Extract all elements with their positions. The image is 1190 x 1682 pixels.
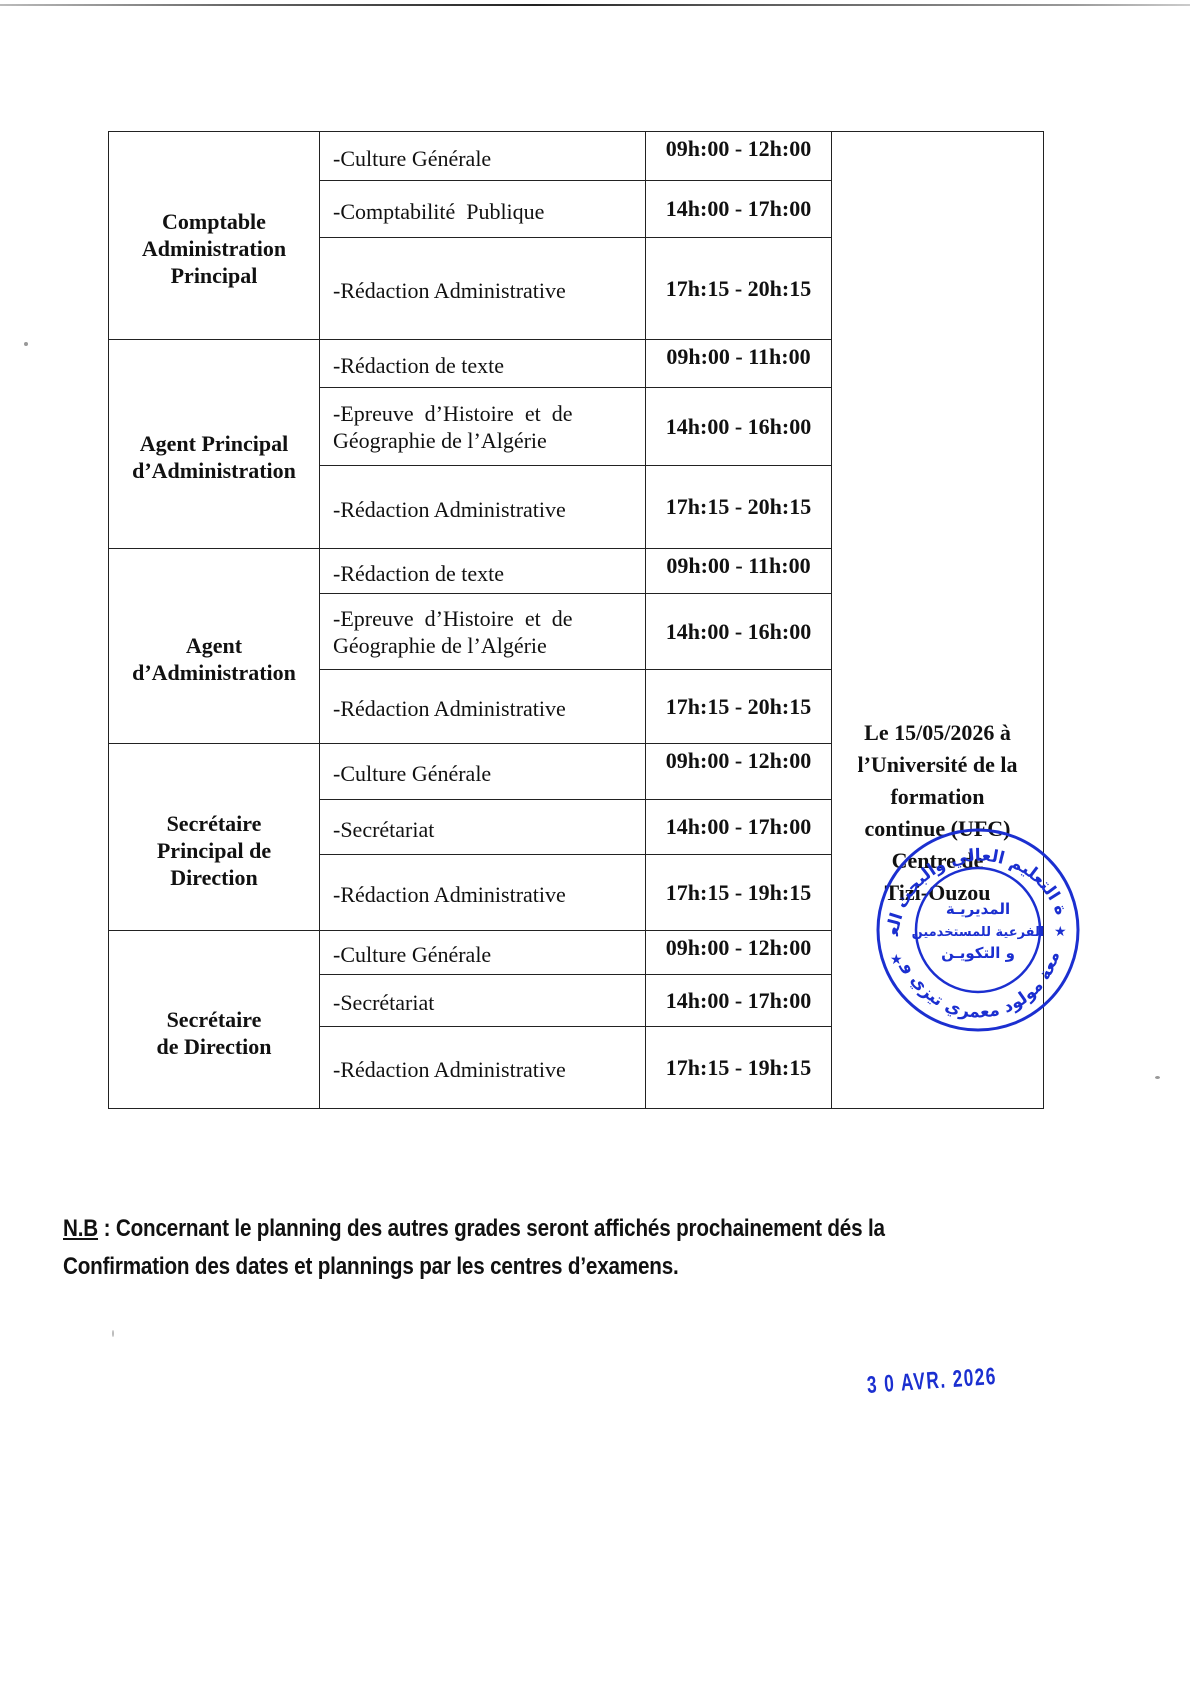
- subject-text: -Rédaction Administrative: [333, 691, 645, 722]
- note-text: : Concernant le planning des autres grad…: [63, 1215, 885, 1280]
- subject-text: -Epreuve d’Histoire et deGéographie de l…: [333, 605, 645, 659]
- subject-text: -Comptabilité Publique: [333, 194, 645, 225]
- subject-text: -Rédaction de texte: [333, 556, 645, 587]
- subject-cell: -Rédaction Administrative: [320, 466, 646, 549]
- time-cell: 14h:00 - 17h:00: [646, 181, 832, 238]
- date-stamp: 3 0 AVR. 2026: [866, 1363, 998, 1400]
- time-cell: 09h:00 - 11h:00: [646, 340, 832, 388]
- svg-text:الفرعية للمستخدمين: الفرعية للمستخدمين: [912, 925, 1045, 940]
- svg-text:★: ★: [890, 953, 903, 968]
- subject-cell: -Rédaction de texte: [320, 549, 646, 594]
- scan-edge-line: [0, 4, 1190, 6]
- grade-cell: Secrétairede Direction: [109, 931, 320, 1109]
- grade-name: SecrétairePrincipal deDirection: [109, 784, 319, 891]
- subject-text: -Culture Générale: [333, 937, 645, 968]
- subject-text: -Rédaction Administrative: [333, 273, 645, 304]
- subject-text: -Rédaction Administrative: [333, 492, 645, 523]
- subject-cell: -Rédaction Administrative: [320, 238, 646, 340]
- time-cell: 14h:00 - 17h:00: [646, 975, 832, 1027]
- note-label: N.B: [63, 1215, 98, 1242]
- subject-text: -Rédaction Administrative: [333, 877, 645, 908]
- grade-cell: Agentd’Administration: [109, 549, 320, 744]
- grade-cell: Agent Principald’Administration: [109, 340, 320, 549]
- svg-text:وزارة التعليم العالي والبحث ال: وزارة التعليم العالي والبحث العلمي: [868, 818, 1071, 938]
- subject-text: -Rédaction de texte: [333, 348, 645, 379]
- grade-name: Secrétairede Direction: [109, 980, 319, 1060]
- grade-cell: ComptableAdministrationPrincipal: [109, 132, 320, 340]
- table-row: ComptableAdministrationPrincipal-Culture…: [109, 132, 1044, 181]
- subject-text: -Culture Générale: [333, 141, 645, 172]
- subject-cell: -Rédaction Administrative: [320, 855, 646, 931]
- time-cell: 17h:15 - 20h:15: [646, 466, 832, 549]
- time-cell: 09h:00 - 11h:00: [646, 549, 832, 594]
- grade-cell: SecrétairePrincipal deDirection: [109, 744, 320, 931]
- time-cell: 14h:00 - 16h:00: [646, 594, 832, 670]
- subject-text: -Rédaction Administrative: [333, 1052, 645, 1083]
- subject-text: -Secrétariat: [333, 985, 645, 1016]
- time-cell: 17h:15 - 19h:15: [646, 1027, 832, 1109]
- subject-cell: -Rédaction Administrative: [320, 670, 646, 744]
- subject-cell: -Secrétariat: [320, 800, 646, 855]
- time-cell: 09h:00 - 12h:00: [646, 744, 832, 800]
- subject-text: -Secrétariat: [333, 812, 645, 843]
- svg-text:المديريـة: المديريـة: [946, 900, 1010, 918]
- note-nb: N.B : Concernant le planning des autres …: [63, 1210, 975, 1286]
- grade-name: Agent Principald’Administration: [109, 404, 319, 484]
- grade-name: Agentd’Administration: [109, 606, 319, 686]
- subject-cell: -Culture Générale: [320, 744, 646, 800]
- time-cell: 09h:00 - 12h:00: [646, 132, 832, 181]
- subject-cell: -Rédaction Administrative: [320, 1027, 646, 1109]
- time-cell: 14h:00 - 17h:00: [646, 800, 832, 855]
- subject-text: -Culture Générale: [333, 756, 645, 787]
- subject-cell: -Epreuve d’Histoire et deGéographie de l…: [320, 594, 646, 670]
- time-cell: 14h:00 - 16h:00: [646, 388, 832, 466]
- subject-cell: -Culture Générale: [320, 931, 646, 975]
- svg-text:و التكويـن: و التكويـن: [941, 944, 1015, 962]
- subject-cell: -Secrétariat: [320, 975, 646, 1027]
- svg-text:★: ★: [1054, 925, 1067, 940]
- time-cell: 17h:15 - 20h:15: [646, 238, 832, 340]
- subject-cell: -Comptabilité Publique: [320, 181, 646, 238]
- time-cell: 17h:15 - 19h:15: [646, 855, 832, 931]
- subject-cell: -Epreuve d’Histoire et deGéographie de l…: [320, 388, 646, 466]
- grade-name: ComptableAdministrationPrincipal: [109, 182, 319, 289]
- time-cell: 09h:00 - 12h:00: [646, 931, 832, 975]
- time-cell: 17h:15 - 20h:15: [646, 670, 832, 744]
- subject-text: -Epreuve d’Histoire et deGéographie de l…: [333, 400, 645, 454]
- subject-cell: -Culture Générale: [320, 132, 646, 181]
- official-seal-stamp: وزارة التعليم العالي والبحث العلمي جامعة…: [868, 818, 1088, 1038]
- subject-cell: -Rédaction de texte: [320, 340, 646, 388]
